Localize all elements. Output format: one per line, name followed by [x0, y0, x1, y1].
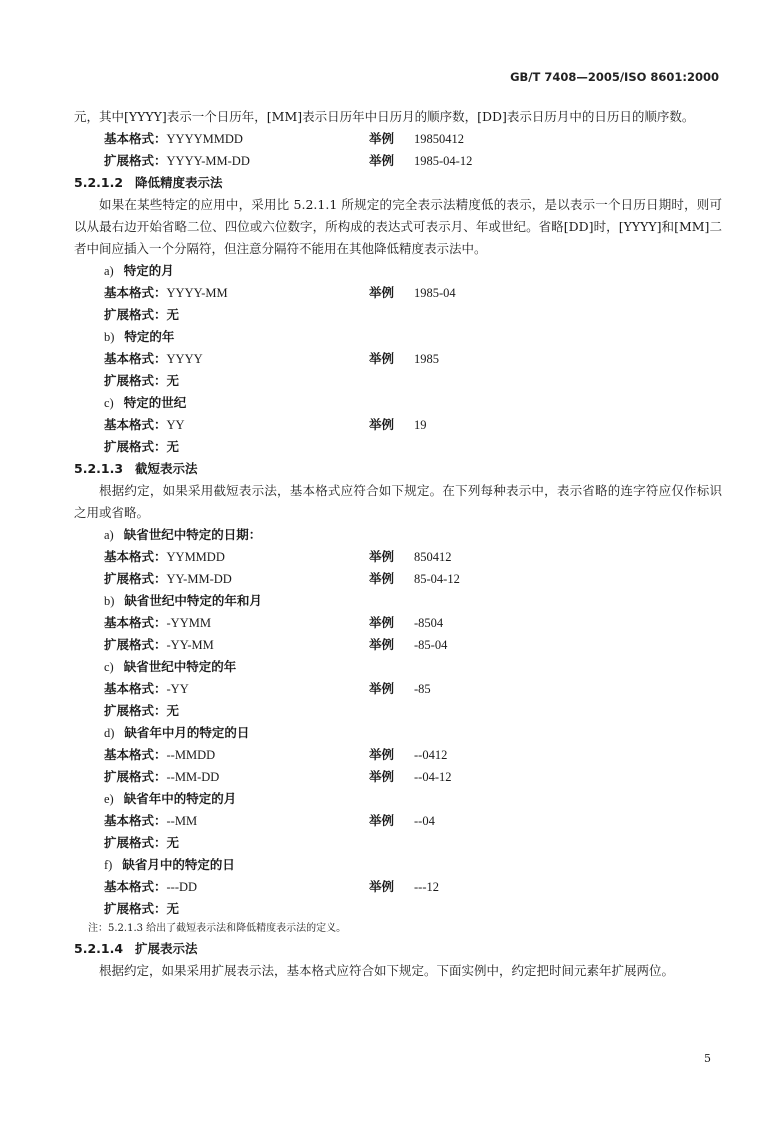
list-item-title: c)特定的世纪	[74, 392, 722, 414]
section-heading-5212: 5.2.1.2降低精度表示法	[74, 172, 722, 194]
page-content: 元，其中[YYYY]表示一个日历年，[MM]表示日历年中日历月的顺序数，[DD]…	[74, 106, 722, 982]
format-value: 无	[167, 373, 180, 388]
intro-paragraph: 元，其中[YYYY]表示一个日历年，[MM]表示日历年中日历月的顺序数，[DD]…	[74, 106, 722, 128]
example-label: 举例	[369, 744, 414, 766]
section-paragraph: 根据约定，如果采用扩展表示法，基本格式应符合如下规定。下面实例中，约定把时间元素…	[74, 960, 722, 982]
list-item-title: d)缺省年中月的特定的日	[74, 722, 722, 744]
format-label: 基本格式：	[104, 351, 167, 366]
format-label: 基本格式：	[104, 131, 167, 146]
example-value: 19850412	[414, 128, 464, 150]
format-value: YY-MM-DD	[167, 572, 232, 586]
item-title: 特定的世纪	[124, 395, 187, 410]
list-marker: c)	[104, 396, 114, 410]
format-value: YYMMDD	[167, 550, 225, 564]
format-row: 基本格式：-YY举例-85	[74, 678, 722, 700]
format-label: 扩展格式：	[104, 769, 167, 784]
format-row: 扩展格式：YY-MM-DD举例85-04-12	[74, 568, 722, 590]
format-row: 扩展格式：YYYY-MM-DD 举例 1985-04-12	[74, 150, 722, 172]
format-label: 基本格式：	[104, 681, 167, 696]
example-value: 850412	[414, 546, 452, 568]
format-value: 无	[167, 703, 180, 718]
section-number: 5.2.1.3	[74, 461, 123, 476]
item-title: 特定的月	[124, 263, 174, 278]
format-value: --MMDD	[167, 748, 216, 762]
format-row: 扩展格式：-YY-MM举例-85-04	[74, 634, 722, 656]
example-label: 举例	[369, 634, 414, 656]
format-row: 基本格式：YYYY举例1985	[74, 348, 722, 370]
format-value: 无	[167, 901, 180, 916]
format-row: 扩展格式：无	[74, 700, 722, 722]
example-value: -85-04	[414, 634, 447, 656]
format-row: 基本格式：YY举例19	[74, 414, 722, 436]
format-value: -YY	[167, 682, 189, 696]
list-item-title: f)缺省月中的特定的日	[74, 854, 722, 876]
section-note: 注：5.2.1.3 给出了截短表示法和降低精度表示法的定义。	[74, 920, 722, 938]
item-title: 缺省年中月的特定的日	[124, 725, 249, 740]
list-marker: d)	[104, 726, 114, 740]
format-label: 扩展格式：	[104, 703, 167, 718]
section-paragraph: 根据约定，如果采用截短表示法，基本格式应符合如下规定。在下列每种表示中，表示省略…	[74, 480, 722, 524]
example-value: --0412	[414, 744, 447, 766]
list-item-title: e)缺省年中的特定的月	[74, 788, 722, 810]
example-value: -85	[414, 678, 431, 700]
example-label: 举例	[369, 128, 414, 150]
list-marker: c)	[104, 660, 114, 674]
list-item-title: b)特定的年	[74, 326, 722, 348]
example-label: 举例	[369, 348, 414, 370]
list-item-title: c)缺省世纪中特定的年	[74, 656, 722, 678]
format-value: 无	[167, 439, 180, 454]
format-label: 基本格式：	[104, 615, 167, 630]
format-label: 扩展格式：	[104, 153, 167, 168]
format-row: 扩展格式：无	[74, 832, 722, 854]
format-label: 基本格式：	[104, 417, 167, 432]
format-value: -YY-MM	[167, 638, 214, 652]
format-value: -YYMM	[167, 616, 211, 630]
list-item-title: b)缺省世纪中特定的年和月	[74, 590, 722, 612]
example-value: --04-12	[414, 766, 452, 788]
format-label: 扩展格式：	[104, 637, 167, 652]
format-row: 基本格式：YYYYMMDD 举例 19850412	[74, 128, 722, 150]
page-number: 5	[704, 1052, 711, 1065]
section-heading-5213: 5.2.1.3截短表示法	[74, 458, 722, 480]
format-label: 扩展格式：	[104, 373, 167, 388]
item-title: 缺省世纪中特定的年和月	[124, 593, 262, 608]
section-number: 5.2.1.2	[74, 175, 123, 190]
format-row: 基本格式：--MM举例--04	[74, 810, 722, 832]
item-title: 特定的年	[124, 329, 174, 344]
format-label: 扩展格式：	[104, 439, 167, 454]
example-label: 举例	[369, 766, 414, 788]
format-row: 基本格式：---DD举例---12	[74, 876, 722, 898]
section-title: 截短表示法	[135, 461, 198, 476]
item-title: 缺省年中的特定的月	[124, 791, 237, 806]
example-label: 举例	[369, 546, 414, 568]
example-value: ---12	[414, 876, 439, 898]
example-value: 1985	[414, 348, 439, 370]
format-label: 基本格式：	[104, 747, 167, 762]
example-label: 举例	[369, 568, 414, 590]
list-item-title: a)特定的月	[74, 260, 722, 282]
format-value: --MM	[167, 814, 198, 828]
section-number: 5.2.1.4	[74, 941, 123, 956]
example-value: 85-04-12	[414, 568, 460, 590]
example-label: 举例	[369, 612, 414, 634]
section-paragraph: 如果在某些特定的应用中，采用比 5.2.1.1 所规定的完全表示法精度低的表示，…	[74, 194, 722, 260]
example-label: 举例	[369, 876, 414, 898]
format-value: 无	[167, 307, 180, 322]
example-label: 举例	[369, 282, 414, 304]
format-label: 扩展格式：	[104, 835, 167, 850]
format-value: YYYY	[167, 352, 203, 366]
example-value: 19	[414, 414, 427, 436]
format-row: 基本格式：--MMDD举例--0412	[74, 744, 722, 766]
standard-id-header: GB/T 7408—2005/ISO 8601:2000	[510, 70, 719, 84]
format-row: 扩展格式：无	[74, 370, 722, 392]
example-value: --04	[414, 810, 435, 832]
format-value: YYYY-MM	[167, 286, 228, 300]
format-row: 扩展格式：--MM-DD举例--04-12	[74, 766, 722, 788]
format-row: 扩展格式：无	[74, 304, 722, 326]
list-marker: a)	[104, 264, 114, 278]
example-label: 举例	[369, 414, 414, 436]
item-title: 缺省世纪中特定的日期：	[124, 527, 262, 542]
section-title: 扩展表示法	[135, 941, 198, 956]
list-marker: a)	[104, 528, 114, 542]
format-row: 扩展格式：无	[74, 436, 722, 458]
format-label: 基本格式：	[104, 879, 167, 894]
list-item-title: a)缺省世纪中特定的日期：	[74, 524, 722, 546]
format-value: --MM-DD	[167, 770, 220, 784]
format-label: 扩展格式：	[104, 901, 167, 916]
format-value: YY	[167, 418, 185, 432]
format-row: 基本格式：YYMMDD举例850412	[74, 546, 722, 568]
example-value: 1985-04-12	[414, 150, 472, 172]
item-title: 缺省世纪中特定的年	[124, 659, 237, 674]
format-value: 无	[167, 835, 180, 850]
format-value: ---DD	[167, 880, 198, 894]
list-marker: f)	[104, 858, 112, 872]
format-value: YYYYMMDD	[167, 132, 243, 146]
item-title: 缺省月中的特定的日	[122, 857, 235, 872]
format-label: 扩展格式：	[104, 571, 167, 586]
example-label: 举例	[369, 810, 414, 832]
format-row: 基本格式：YYYY-MM举例1985-04	[74, 282, 722, 304]
example-value: 1985-04	[414, 282, 456, 304]
format-row: 基本格式：-YYMM举例-8504	[74, 612, 722, 634]
format-label: 基本格式：	[104, 549, 167, 564]
format-value: YYYY-MM-DD	[167, 154, 250, 168]
section-title: 降低精度表示法	[135, 175, 223, 190]
format-label: 扩展格式：	[104, 307, 167, 322]
list-marker: e)	[104, 792, 114, 806]
example-value: -8504	[414, 612, 443, 634]
format-row: 扩展格式：无	[74, 898, 722, 920]
section-heading-5214: 5.2.1.4扩展表示法	[74, 938, 722, 960]
list-marker: b)	[104, 594, 114, 608]
format-label: 基本格式：	[104, 813, 167, 828]
example-label: 举例	[369, 678, 414, 700]
example-label: 举例	[369, 150, 414, 172]
list-marker: b)	[104, 330, 114, 344]
format-label: 基本格式：	[104, 285, 167, 300]
